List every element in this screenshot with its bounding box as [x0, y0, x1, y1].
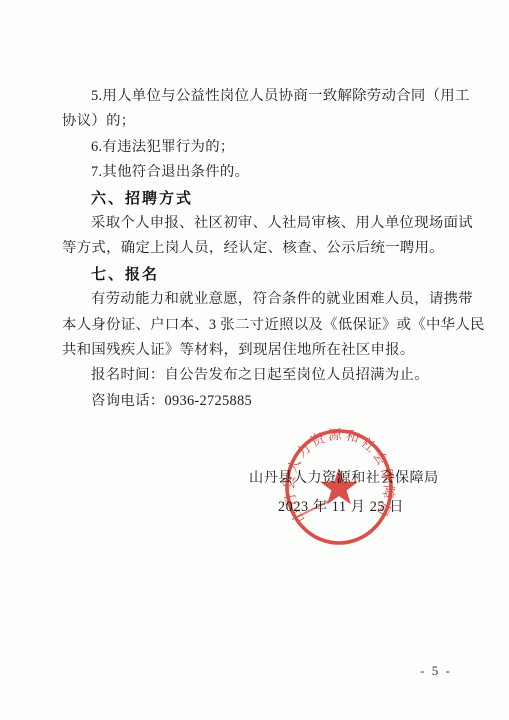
document-line: 6.有违法犯罪行为的；: [62, 135, 462, 160]
contact-phone-line: 咨询电话：0936-2725885: [62, 389, 462, 414]
document-line: 等方式，确定上岗人员，经认定、核查、公示后统一聘用。: [62, 236, 462, 261]
document-body: 5.用人单位与公益性岗位人员协商一致解除劳动合同（用工 协议）的； 6.有违法犯…: [62, 84, 462, 414]
document-line: 共和国残疾人证》等材料，到现居住地所在社区申报。: [62, 338, 462, 363]
document-line: 7.其他符合退出条件的。: [62, 160, 462, 185]
document-line: 有劳动能力和就业意愿，符合条件的就业困难人员，请携带: [62, 287, 462, 312]
document-line: 采取个人申报、社区初审、人社局审核、用人单位现场面试: [62, 211, 462, 236]
section-heading-registration: 七、报名: [62, 262, 462, 287]
registration-time-line: 报名时间：自公告发布之日起至岗位人员招满为止。: [62, 363, 462, 388]
star-icon: [320, 468, 358, 504]
document-line: 5.用人单位与公益性岗位人员协商一致解除劳动合同（用工: [62, 84, 462, 109]
official-seal: 山丹县人力资源和社会保障局: [281, 426, 397, 548]
document-line: 本人身份证、户口本、3 张二寸近照以及《低保证》或《中华人民: [62, 313, 462, 338]
document-line: 协议）的；: [62, 109, 462, 134]
section-heading-recruitment-method: 六、招聘方式: [62, 186, 462, 211]
document-page: 5.用人单位与公益性岗位人员协商一致解除劳动合同（用工 协议）的； 6.有违法犯…: [0, 0, 509, 720]
page-number: - 5 -: [412, 663, 460, 679]
